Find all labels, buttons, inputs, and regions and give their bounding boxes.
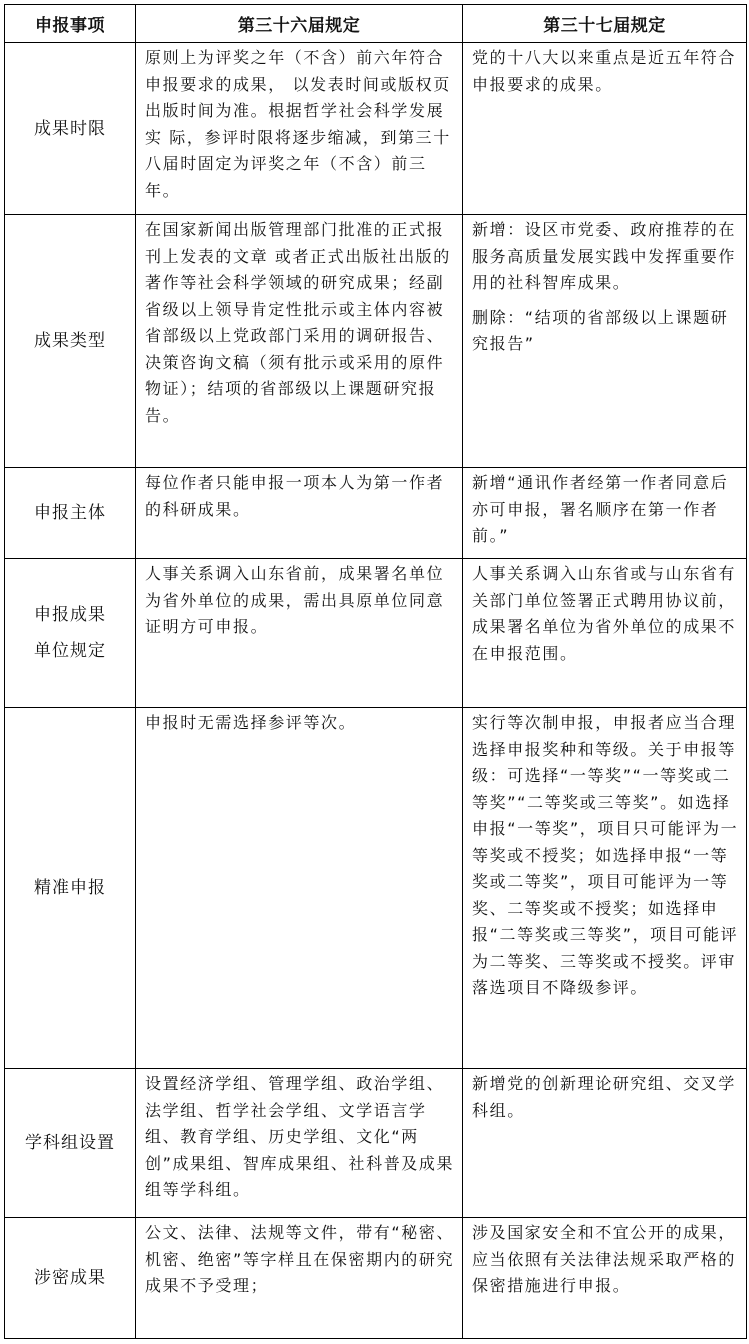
- rule-text: 申报时无需选择参评等次。: [145, 710, 456, 737]
- rule-36th: 人事关系调入山东省前，成果署名单位为省外单位的成果，需出具原单位同意证明方可申报…: [136, 559, 463, 708]
- row-item: 成果类型: [5, 215, 136, 468]
- rule-text: 原则上为评奖之年（不含）前六年符合申报要求的成果， 以发表时间或版权页出版时间为…: [145, 45, 456, 204]
- table-row: 精准申报 申报时无需选择参评等次。 实行等次制申报，申报者应当合理选择申报奖种和…: [5, 708, 747, 1069]
- row-item-line: 申报成果: [5, 597, 135, 633]
- rule-37th: 党的十八大以来重点是近五年符合申报要求的成果。: [463, 43, 747, 215]
- rule-36th: 每位作者只能申报一项本人为第一作者的科研成果。: [136, 468, 463, 559]
- table-row: 申报主体 每位作者只能申报一项本人为第一作者的科研成果。 新增“通讯作者经第一作…: [5, 468, 747, 559]
- rule-36th: 公文、法律、法规等文件，带有“秘密、机密、绝密”等字样且在保密期内的研究成果不予…: [136, 1218, 463, 1339]
- table-row: 学科组设置 设置经济学组、管理学组、政治学组、法学组、哲学社会学组、文学语言学组…: [5, 1069, 747, 1218]
- rule-text: 设置经济学组、管理学组、政治学组、法学组、哲学社会学组、文学语言学组、教育学组、…: [145, 1071, 456, 1204]
- rule-36th: 在国家新闻出版管理部门批准的正式报刊上发表的文章 或者正式出版社出版的著作等社会…: [136, 215, 463, 468]
- row-item: 精准申报: [5, 708, 136, 1069]
- rule-37th: 新增党的创新理论研究组、交叉学科组。: [463, 1069, 747, 1218]
- row-item: 成果时限: [5, 43, 136, 215]
- table-row: 涉密成果 公文、法律、法规等文件，带有“秘密、机密、绝密”等字样且在保密期内的研…: [5, 1218, 747, 1339]
- comparison-table: 申报事项 第三十六届规定 第三十七届规定 成果时限 原则上为评奖之年（不含）前六…: [4, 4, 747, 1339]
- table-row: 成果时限 原则上为评奖之年（不含）前六年符合申报要求的成果， 以发表时间或版权页…: [5, 43, 747, 215]
- row-item: 涉密成果: [5, 1218, 136, 1339]
- header-item: 申报事项: [5, 5, 136, 43]
- rule-text: 每位作者只能申报一项本人为第一作者的科研成果。: [145, 470, 456, 523]
- row-item: 申报成果 单位规定: [5, 559, 136, 708]
- rule-text: 公文、法律、法规等文件，带有“秘密、机密、绝密”等字样且在保密期内的研究成果不予…: [145, 1220, 456, 1300]
- rule-text: 在国家新闻出版管理部门批准的正式报刊上发表的文章 或者正式出版社出版的著作等社会…: [145, 217, 456, 429]
- rule-text: 党的十八大以来重点是近五年符合申报要求的成果。: [472, 45, 740, 98]
- rule-37th: 涉及国家安全和不宜公开的成果，应当依照有关法律法规采取严格的保密措施进行申报。: [463, 1218, 747, 1339]
- rule-37th: 实行等次制申报，申报者应当合理选择申报奖种和等级。关于申报等级：可选择“一等奖”…: [463, 708, 747, 1069]
- rule-36th: 原则上为评奖之年（不含）前六年符合申报要求的成果， 以发表时间或版权页出版时间为…: [136, 43, 463, 215]
- row-item-line: 单位规定: [5, 633, 135, 669]
- rule-text: 人事关系调入山东省前，成果署名单位为省外单位的成果，需出具原单位同意证明方可申报…: [145, 561, 456, 641]
- table-row: 申报成果 单位规定 人事关系调入山东省前，成果署名单位为省外单位的成果，需出具原…: [5, 559, 747, 708]
- rule-text: 涉及国家安全和不宜公开的成果，应当依照有关法律法规采取严格的保密措施进行申报。: [472, 1220, 740, 1300]
- rule-36th: 申报时无需选择参评等次。: [136, 708, 463, 1069]
- rule-37th: 人事关系调入山东省或与山东省有关部门单位签署正式聘用协议前，成果署名单位为省外单…: [463, 559, 747, 708]
- rule-text: 实行等次制申报，申报者应当合理选择申报奖种和等级。关于申报等级：可选择“一等奖”…: [472, 710, 740, 1002]
- rule-text: 删除：“结项的省部级以上课题研究报告”: [472, 305, 740, 358]
- rule-37th: 新增：设区市党委、政府推荐的在服务高质量发展实践中发挥重要作用的社科智库成果。 …: [463, 215, 747, 468]
- rule-text: 人事关系调入山东省或与山东省有关部门单位签署正式聘用协议前，成果署名单位为省外单…: [472, 561, 740, 667]
- rule-text: 新增：设区市党委、政府推荐的在服务高质量发展实践中发挥重要作用的社科智库成果。: [472, 217, 740, 297]
- table-row: 成果类型 在国家新闻出版管理部门批准的正式报刊上发表的文章 或者正式出版社出版的…: [5, 215, 747, 468]
- rule-text: 新增党的创新理论研究组、交叉学科组。: [472, 1071, 740, 1124]
- row-item: 申报主体: [5, 468, 136, 559]
- header-row: 申报事项 第三十六届规定 第三十七届规定: [5, 5, 747, 43]
- rule-text: 新增“通讯作者经第一作者同意后亦可申报，署名顺序在第一作者前。”: [472, 470, 740, 550]
- row-item: 学科组设置: [5, 1069, 136, 1218]
- header-36th: 第三十六届规定: [136, 5, 463, 43]
- rule-37th: 新增“通讯作者经第一作者同意后亦可申报，署名顺序在第一作者前。”: [463, 468, 747, 559]
- header-37th: 第三十七届规定: [463, 5, 747, 43]
- rule-36th: 设置经济学组、管理学组、政治学组、法学组、哲学社会学组、文学语言学组、教育学组、…: [136, 1069, 463, 1218]
